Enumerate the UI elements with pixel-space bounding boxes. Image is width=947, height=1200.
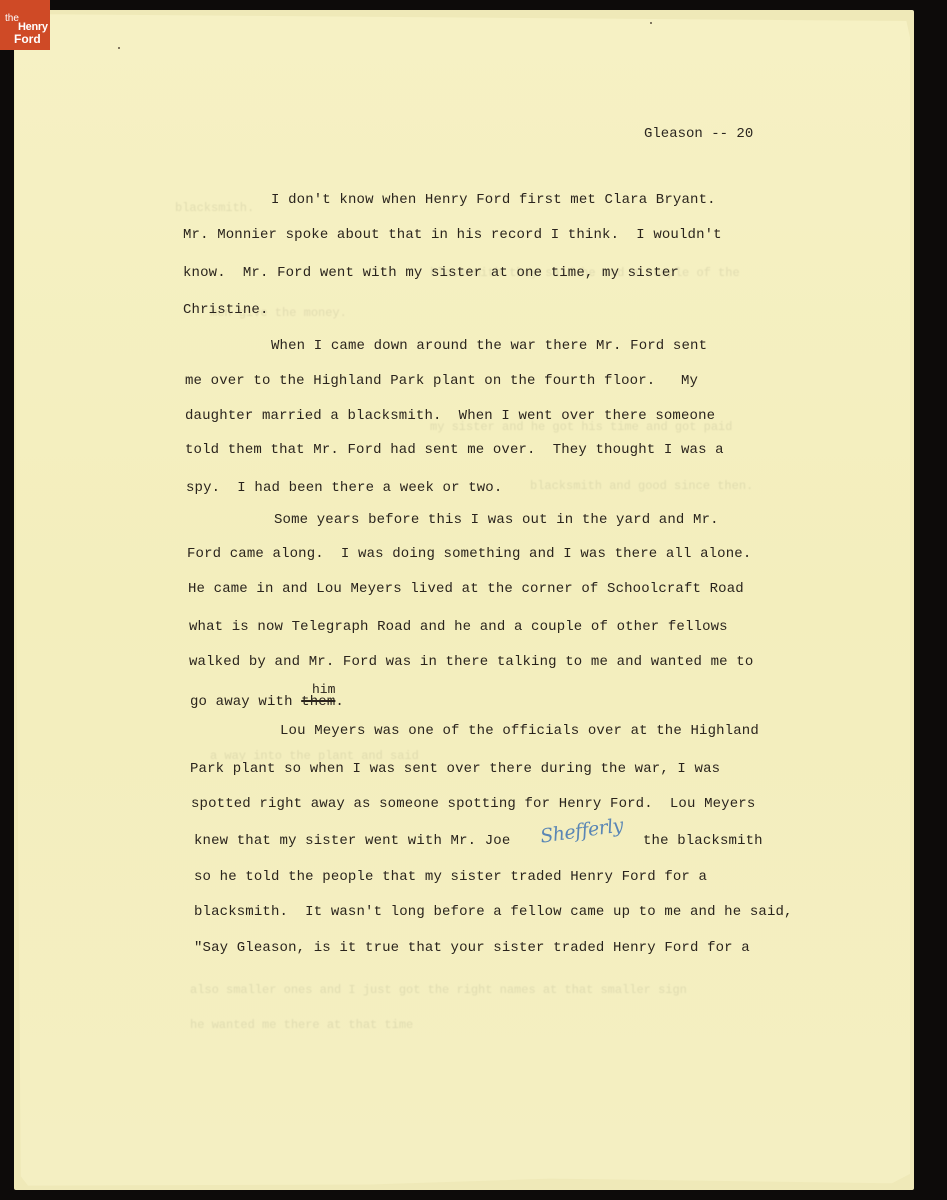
text-line: so he told the people that my sister tra… (194, 869, 707, 885)
text-line: spy. I had been there a week or two. (186, 480, 502, 496)
bleed-through-text: blacksmith. (175, 201, 254, 215)
bleed-through-text: he wanted me there at that time (190, 1018, 413, 1032)
line-end-punct: . (335, 694, 344, 710)
bleed-through-text: also smaller ones and I just got the rig… (190, 983, 687, 997)
struck-word: them (301, 694, 335, 710)
text-line: Mr. Monnier spoke about that in his reco… (183, 227, 722, 243)
text-line: Christine. (183, 302, 269, 318)
logo-the: the (5, 14, 19, 24)
text-line: Ford came along. I was doing something a… (187, 546, 751, 562)
paper-speck (118, 47, 120, 49)
text-line: Some years before this I was out in the … (274, 512, 719, 528)
document-page: blacksmith. blacksmith they said he and … (10, 14, 910, 1188)
text-line: walked by and Mr. Ford was in there talk… (189, 654, 753, 670)
text-line: the blacksmith (643, 833, 763, 849)
text-line: When I came down around the war there Mr… (271, 338, 707, 354)
henry-ford-logo: the Henry Ford (0, 0, 50, 50)
text-line: Park plant so when I was sent over there… (190, 761, 720, 777)
text-line: know. Mr. Ford went with my sister at on… (183, 265, 679, 281)
handwritten-annotation: Shefferly (539, 814, 624, 847)
text-line: what is now Telegraph Road and he and a … (189, 619, 728, 635)
text-line-start: go away with (190, 694, 301, 710)
page-header: Gleason -- 20 (644, 126, 753, 142)
text-line: me over to the Highland Park plant on th… (185, 373, 698, 389)
text-line: go away with them. (190, 694, 344, 710)
bleed-through-text: blacksmith and good since then. (530, 479, 753, 493)
text-line: spotted right away as someone spotting f… (191, 796, 755, 812)
text-line: blacksmith. It wasn't long before a fell… (194, 904, 793, 920)
logo-ford: Ford (14, 33, 41, 45)
text-line: Lou Meyers was one of the officials over… (280, 723, 759, 739)
text-line: told them that Mr. Ford had sent me over… (185, 442, 724, 458)
text-line: knew that my sister went with Mr. Joe (194, 833, 510, 849)
text-line: I don't know when Henry Ford first met C… (271, 192, 716, 208)
text-line: daughter married a blacksmith. When I we… (185, 408, 715, 424)
paper-speck (650, 22, 652, 24)
text-line: "Say Gleason, is it true that your siste… (194, 940, 750, 956)
text-line: He came in and Lou Meyers lived at the c… (188, 581, 744, 597)
